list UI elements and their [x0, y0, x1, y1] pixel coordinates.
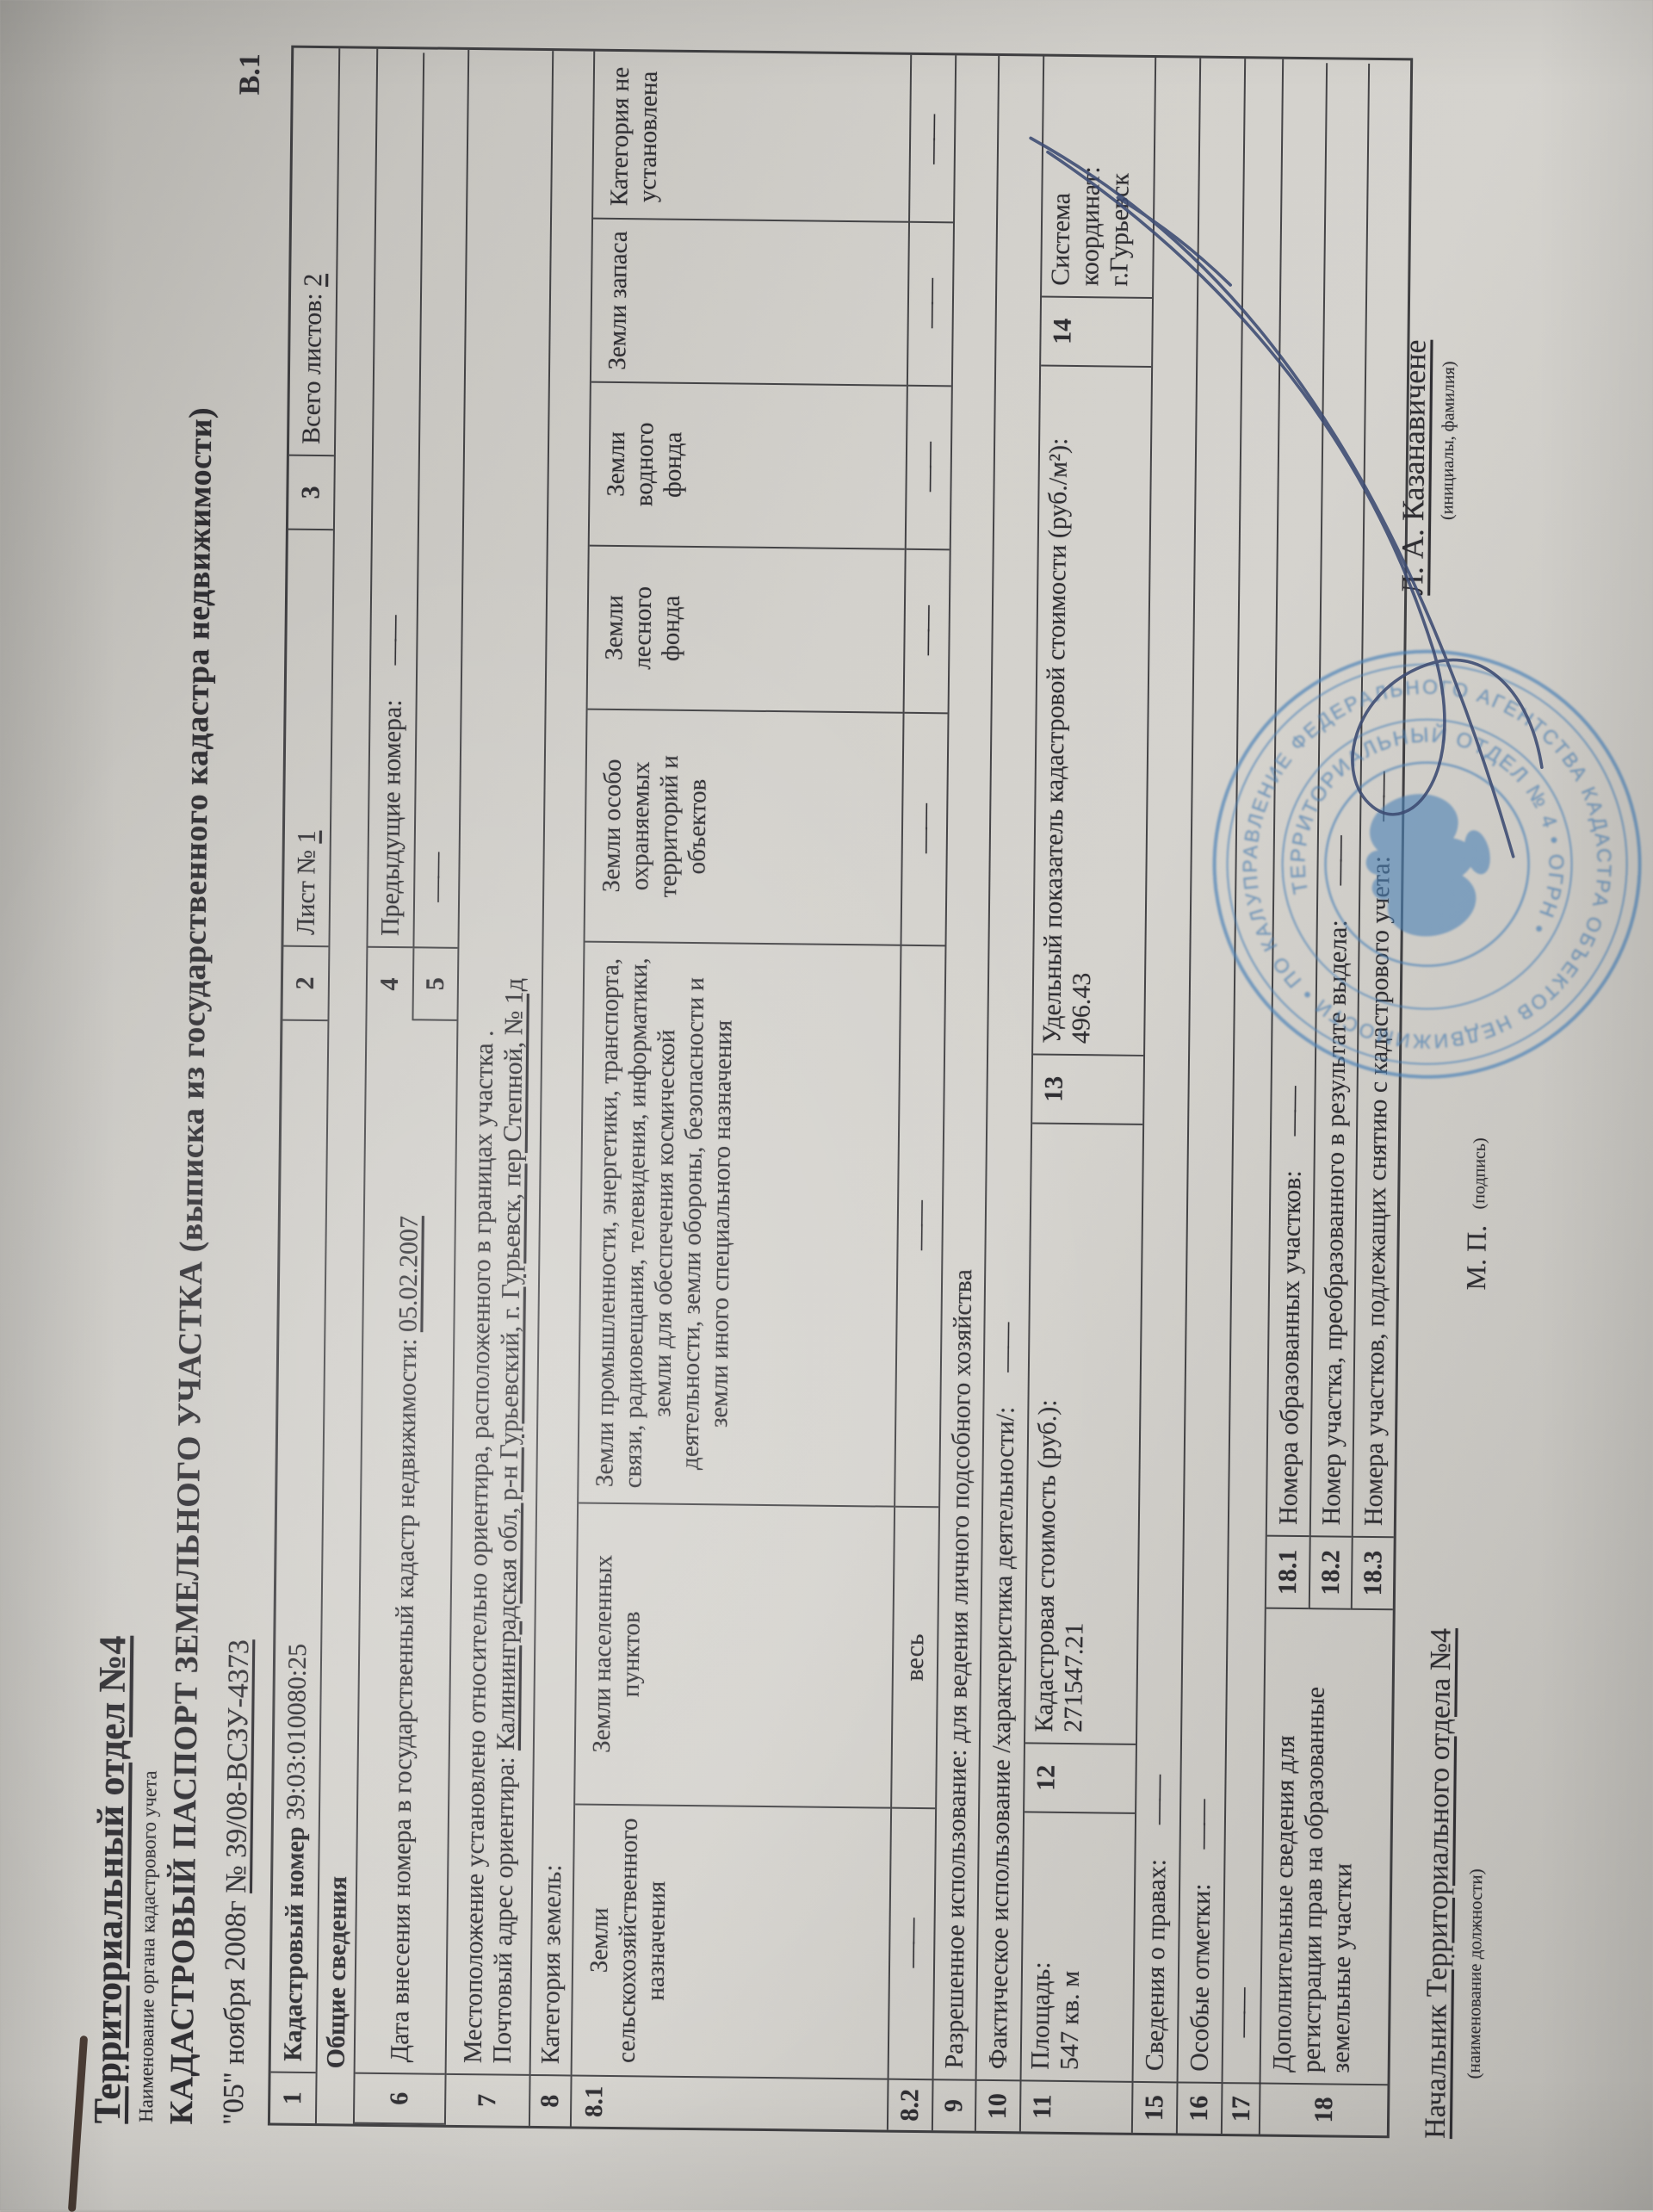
department-title: Территориальный отдел №4: [85, 1635, 134, 2123]
cadastral-passport-document: Территориальный отдел №4 Наименование ор…: [79, 40, 1644, 2209]
sheet-value: 1: [293, 830, 322, 843]
row8-2-val-1: весь: [892, 1508, 938, 1810]
area-value: 547 кв. м: [1056, 1962, 1086, 2071]
category-protected: Земли особо охраняемых территорий и объе…: [585, 710, 903, 946]
total-sheets-cell: Всего листов: 2: [289, 52, 338, 457]
row10-num: 10: [976, 2081, 1020, 2132]
category-forest: Земли лесного фонда: [588, 547, 905, 714]
col2-num: 2: [282, 947, 328, 1022]
total-sheets-value: 2: [299, 274, 328, 287]
additional-info-label: Дополнительные сведения для регистрации …: [1261, 1609, 1393, 2086]
row8-2-val-7: ——: [910, 59, 955, 224]
row7-num: 7: [446, 2075, 529, 2126]
row8-2-val-0: ——: [889, 1809, 936, 2081]
row12-num: 12: [1025, 1744, 1136, 1813]
row18-1-num: 18.1: [1266, 1537, 1309, 1610]
document-number: № 39/08-ВСЗУ-4373: [220, 1639, 255, 1893]
category-not-set: Категория не установлена: [593, 55, 910, 223]
category-agricultural: Земли сельскохозяйственного назначения: [573, 1806, 891, 2080]
row8-2-val-2: ——: [895, 946, 944, 1509]
row13-num: 13: [1032, 1055, 1143, 1125]
document-title-sub: (выписка из государственного кадастра не…: [173, 407, 219, 1253]
cadastral-value-cell: Кадастровая стоимость (руб.): 271547.21: [1025, 1124, 1142, 1744]
row17-num: 17: [1223, 2084, 1261, 2134]
col3-num: 3: [288, 456, 334, 531]
row8-1-num: 8.1: [572, 2076, 888, 2129]
cadastral-value: 271547.21: [1059, 1399, 1092, 1732]
row16-num: 16: [1178, 2083, 1222, 2134]
row18-3-num: 18.3: [1351, 1538, 1394, 1611]
permitted-use-value: для ведения личного подсобного хозяйства: [944, 1269, 978, 1743]
category-settlements: Земли населенных пунктов: [575, 1504, 894, 1809]
row18-num: 18: [1260, 2085, 1388, 2136]
signature: [1006, 127, 1566, 977]
sheet-cell: Лист № 1: [283, 530, 332, 948]
row11-num: 11: [1021, 2081, 1132, 2132]
row5-num: 5: [412, 948, 457, 1021]
document-title-main: КАДАСТРОВЫЙ ПАСПОРТ ЗЕМЕЛЬНОГО УЧАСТКА: [164, 1261, 209, 2124]
cadastral-number-value: 39:03:010080:25: [282, 1644, 313, 1820]
row6-num: 6: [355, 2074, 445, 2125]
date-entered-value: 05.02.2007: [393, 1216, 424, 1332]
seal-mark: М. П.: [1460, 1225, 1493, 1291]
row9-num: 9: [933, 2080, 975, 2131]
position-caption: (наименование должности): [1464, 1868, 1488, 2079]
row8-2-num: 8.2: [888, 2080, 932, 2131]
row8-num: 8: [530, 2076, 571, 2127]
area-cell: Площадь: 547 кв. м: [1022, 1812, 1136, 2082]
category-water: Земли водного фонда: [590, 383, 907, 550]
department-caption: Наименование органа кадастрового учета: [135, 1770, 162, 2122]
row15-num: 15: [1133, 2083, 1177, 2134]
row8-2-val-6: ——: [908, 223, 953, 387]
category-industry: Земли промышленности, энергетики, трансп…: [579, 943, 900, 1508]
row8-2-val-4: ——: [905, 550, 950, 715]
photo-background: Территориальный отдел №4 Наименование ор…: [0, 0, 1653, 2210]
official-position: Начальник Территориального отдела №4: [1420, 1628, 1458, 2139]
table-row-8-1: 8.1 Земли сельскохозяйственного назначен…: [570, 52, 910, 2130]
document-title: КАДАСТРОВЫЙ ПАСПОРТ ЗЕМЕЛЬНОГО УЧАСТКА (…: [163, 407, 220, 2125]
row8-2-val-3: ——: [901, 714, 947, 947]
seal-caption: (подпись): [1470, 1137, 1490, 1209]
row8-2-val-5: ——: [907, 387, 951, 551]
row1-num: 1: [270, 2073, 316, 2124]
row18-2-num: 18.2: [1309, 1537, 1352, 1610]
row4-num: 4: [367, 948, 412, 1021]
category-reserve: Земли запаса: [591, 220, 908, 387]
document-date-line: "05" ноября 2008г № 39/08-ВСЗУ-4373: [218, 1639, 256, 2125]
form-code: В.1: [234, 53, 268, 96]
date-entered-cell: Дата внесения номера в государственный к…: [356, 1020, 457, 2075]
